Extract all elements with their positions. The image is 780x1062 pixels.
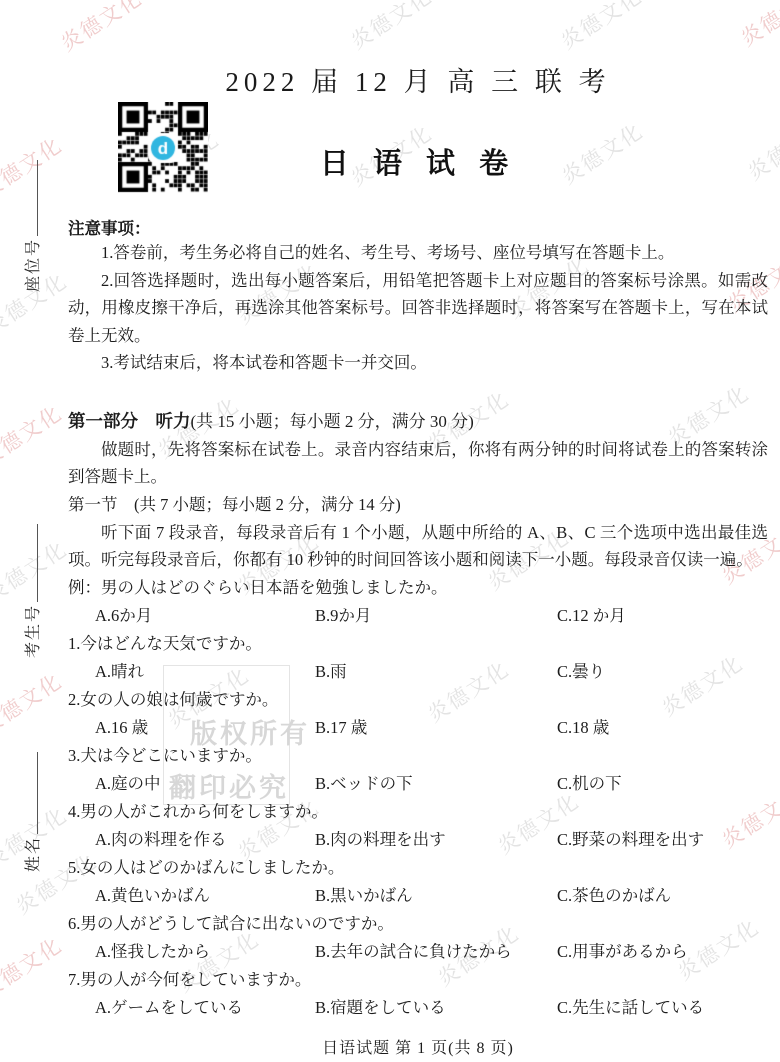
binding-label-text: 姓名	[25, 836, 42, 872]
question-3-text: 3.犬は今どこにいますか。	[68, 742, 768, 770]
question-1-option-a: A.晴れ	[95, 658, 315, 686]
question-4-option-a: A.肉の料理を作る	[95, 826, 315, 854]
section1-intro: 听下面 7 段录音，每段录音后有 1 个小题，从题中所给的 A、B、C 三个选项…	[68, 519, 768, 574]
example-options: A.6か月 B.9か月 C.12 か月	[68, 602, 768, 630]
section1-heading: 第一节 (共 7 小题；每小题 2 分，满分 14 分)	[68, 491, 768, 519]
part1-heading-bold: 第一部分 听力	[68, 411, 191, 431]
question-3-option-c: C.机の下	[557, 770, 768, 798]
watermark-text: 炎德文化	[0, 397, 68, 472]
question-5-options: A.黄色いかばんB.黒いかばんC.茶色のかばん	[68, 882, 768, 910]
spacer	[68, 377, 768, 407]
question-6-option-c: C.用事があるから	[557, 938, 768, 966]
example-option-a: A.6か月	[95, 602, 315, 630]
question-5-text: 5.女の人はどのかばんにしましたか。	[68, 854, 768, 882]
question-4-option-b: B.肉の料理を出す	[315, 826, 557, 854]
exam-paper-page: { "page": { "title": "2022 届 12 月 高 三 联 …	[0, 0, 780, 1062]
question-5-option-c: C.茶色のかばん	[557, 882, 768, 910]
question-1-options: A.晴れB.雨C.曇り	[68, 658, 768, 686]
watermark-text: 炎德文化	[0, 665, 68, 740]
notice-item: 2.回答选择题时，选出每小题答案后，用铅笔把答题卡上对应题目的答案标号涂黑。如需…	[68, 267, 768, 350]
question-2-option-c: C.18 歳	[557, 714, 768, 742]
question-6-text: 6.男の人がどうして試合に出ないのですか。	[68, 910, 768, 938]
notice-list: 1.答卷前，考生务必将自己的姓名、考生号、考场号、座位号填写在答题卡上。2.回答…	[68, 239, 768, 377]
part1-intro: 做题时，先将答案标在试卷上。录音内容结束后，你将有两分钟的时间将试卷上的答案转涂…	[68, 436, 768, 491]
question-6-option-a: A.怪我したから	[95, 938, 315, 966]
question-3-options: A.庭の中B.ベッドの下C.机の下	[68, 770, 768, 798]
qr-code	[118, 102, 208, 194]
binding-blank-line	[34, 524, 38, 602]
question-3-option-b: B.ベッドの下	[315, 770, 557, 798]
question-7-option-c: C.先生に話している	[557, 994, 768, 1022]
question-2-option-b: B.17 歳	[315, 714, 557, 742]
binding-label-text: 考生号	[25, 604, 42, 658]
watermark-text: 炎德文化	[0, 929, 68, 1004]
notice-item: 1.答卷前，考生务必将自己的姓名、考生号、考场号、座位号填写在答题卡上。	[68, 239, 768, 267]
example-question: 例：男の人はどのぐらい日本語を勉強しましたか。	[68, 574, 768, 602]
question-4-option-c: C.野菜の料理を出す	[557, 826, 768, 854]
question-2-text: 2.女の人の娘は何歳ですか。	[68, 686, 768, 714]
binding-label-1: 座位号	[20, 160, 40, 292]
question-list: 1.今はどんな天気ですか。A.晴れB.雨C.曇り2.女の人の娘は何歳ですか。A.…	[68, 630, 768, 1022]
question-1-text: 1.今はどんな天気ですか。	[68, 630, 768, 658]
question-7-text: 7.男の人が今何をしていますか。	[68, 966, 768, 994]
question-6-option-b: B.去年の試合に負けたから	[315, 938, 557, 966]
question-4-options: A.肉の料理を作るB.肉の料理を出すC.野菜の料理を出す	[68, 826, 768, 854]
notice-item: 3.考试结束后，将本试卷和答题卡一并交回。	[68, 349, 768, 377]
exam-title: 2022 届 12 月 高 三 联 考	[68, 60, 768, 99]
question-5-option-b: B.黒いかばん	[315, 882, 557, 910]
question-5-option-a: A.黄色いかばん	[95, 882, 315, 910]
page-footer: 日语试题 第 1 页(共 8 页)	[68, 1035, 768, 1058]
part1-heading-rest: (共 15 小题；每小题 2 分，满分 30 分)	[191, 412, 474, 431]
binding-blank-line	[34, 752, 38, 834]
question-2-options: A.16 歳B.17 歳C.18 歳	[68, 714, 768, 742]
qr-code-image	[118, 102, 208, 194]
notice-heading: 注意事项：	[68, 215, 768, 239]
question-2-option-a: A.16 歳	[95, 714, 315, 742]
question-7-option-a: A.ゲームをしている	[95, 994, 315, 1022]
part1-heading: 第一部分 听力(共 15 小题；每小题 2 分，满分 30 分)	[68, 407, 768, 436]
binding-label-text: 座位号	[25, 238, 42, 292]
question-6-options: A.怪我したからB.去年の試合に負けたからC.用事があるから	[68, 938, 768, 966]
example-option-b: B.9か月	[315, 602, 557, 630]
question-4-text: 4.男の人がこれから何をしますか。	[68, 798, 768, 826]
question-1-option-b: B.雨	[315, 658, 557, 686]
example-option-c: C.12 か月	[557, 602, 768, 630]
question-7-option-b: B.宿題をしている	[315, 994, 557, 1022]
binding-blank-line	[34, 160, 38, 236]
question-3-option-a: A.庭の中	[95, 770, 315, 798]
question-1-option-c: C.曇り	[557, 658, 768, 686]
binding-label-2: 考生号	[20, 524, 40, 658]
binding-label-3: 姓名	[20, 752, 40, 872]
question-7-options: A.ゲームをしているB.宿題をしているC.先生に話している	[68, 994, 768, 1022]
